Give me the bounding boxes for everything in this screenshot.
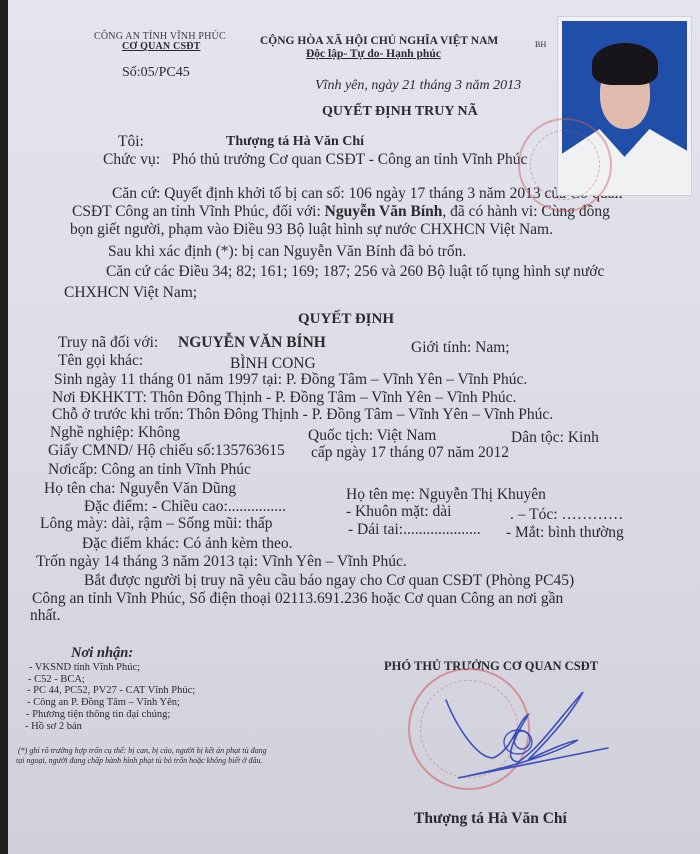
suspect-registered-address: Nơi ĐKHKTT: Thôn Đông Thịnh - P. Đồng Tâ… <box>52 389 516 407</box>
suspect-id-issued: cấp ngày 17 tháng 07 năm 2012 <box>311 444 509 462</box>
suspect-father: Họ tên cha: Nguyễn Văn Dũng <box>44 480 236 498</box>
recipient-item: - Công an P. Đồng Tâm – Vĩnh Yên; <box>25 697 195 709</box>
suspect-gender: Giới tính: Nam; <box>411 339 510 357</box>
request-line: nhất. <box>30 607 61 625</box>
recipient-item: - PC 44, PC52, PV27 - CAT Vĩnh Phúc; <box>25 685 195 697</box>
suspect-nationality: Quốc tịch: Việt Nam <box>308 427 436 445</box>
document-title: QUYẾT ĐỊNH TRUY NÃ <box>322 104 478 120</box>
alias-label: Tên gọi khác: <box>58 352 143 370</box>
nation-name: CỘNG HÒA XÃ HỘI CHỦ NGHĨA VIỆT NAM <box>260 35 498 47</box>
suspect-id-number: Giấy CMND/ Hộ chiếu số:135763615 <box>48 442 285 460</box>
suspect-other-features: Đặc điểm khác: Có ảnh kèm theo. <box>82 535 292 553</box>
preamble-line: CSĐT Công an tỉnh Vĩnh Phúc, đối với: Ng… <box>72 203 610 221</box>
recipients-heading: Nơi nhận: <box>71 645 133 662</box>
position-value: Phó thủ trưởng Cơ quan CSĐT - Công an tỉ… <box>172 151 527 169</box>
suspect-hair: . – Tóc: ………… <box>510 506 623 524</box>
recipients-list: - VKSND tỉnh Vĩnh Phúc; - C52 - BCA; - P… <box>25 662 195 732</box>
photo-seal <box>518 118 612 212</box>
decision-heading: QUYẾT ĐỊNH <box>298 311 394 328</box>
suspect-occupation: Nghề nghiệp: Không <box>50 424 180 442</box>
preamble-line: bọn giết người, phạm vào Điều 93 Bộ luật… <box>70 221 553 239</box>
signature-scribble <box>418 680 618 790</box>
suspect-id-place: Nơicấp: Công an tỉnh Vĩnh Phúc <box>48 461 251 479</box>
suspect-birth: Sinh ngày 11 tháng 01 năm 1997 tại: P. Đ… <box>54 371 527 389</box>
suspect-mother: Họ tên mẹ: Nguyễn Thị Khuyên <box>346 486 546 504</box>
preamble-text: CSĐT Công an tỉnh Vĩnh Phúc, đối với: <box>72 203 325 220</box>
request-line: Công an tỉnh Vĩnh Phúc, Số điện thoại 02… <box>32 590 563 608</box>
request-line: Bắt được người bị truy nã yêu cầu báo ng… <box>84 572 574 590</box>
agency-department: CƠ QUAN CSĐT <box>122 41 201 52</box>
suspect-eyebrows-nose: Lông mày: dài, rậm – Sống mũi: thấp <box>40 515 272 533</box>
suspect-escape: Trốn ngày 14 tháng 3 năm 2013 tại: Vĩnh … <box>36 553 407 571</box>
recipient-item: - Phương tiện thông tin đại chúng; <box>25 709 195 721</box>
suspect-height: Đặc điểm: - Chiều cao:............... <box>84 498 286 516</box>
recipient-item: - Hồ sơ 2 bản <box>25 721 195 733</box>
issuer-label: Tôi: <box>118 133 144 151</box>
footnote: tại ngoại, người đang chấp hành hình phạ… <box>16 756 262 765</box>
suspect-name: NGUYỄN VĂN BÍNH <box>178 334 326 352</box>
wanted-label: Truy nã đối với: <box>58 334 158 352</box>
suspect-ethnicity: Dân tộc: Kinh <box>511 429 599 447</box>
preamble-line: Sau khi xác định (*): bị can Nguyễn Văn … <box>108 243 466 261</box>
preamble-line: CHXHCN Việt Nam; <box>64 284 197 302</box>
footnote: (*) ghi rõ trường hợp trốn cụ thể: bị ca… <box>18 746 267 755</box>
suspect-eyes: - Mắt: bình thường <box>506 524 624 542</box>
preamble-line: Căn cứ các Điều 34; 82; 161; 169; 187; 2… <box>106 263 604 281</box>
issuer-name: Thượng tá Hà Văn Chí <box>226 134 364 150</box>
corner-mark: BH <box>535 40 547 49</box>
document-number: Số:05/PC45 <box>122 65 190 81</box>
recipient-item: - VKSND tỉnh Vĩnh Phúc; <box>25 662 195 674</box>
national-motto: Độc lập- Tự do- Hạnh phúc <box>306 48 441 60</box>
suspect-earlobe: - Dái tai:.................... <box>348 521 481 539</box>
wanted-notice-document: CÔNG AN TỈNH VĨNH PHÚC CƠ QUAN CSĐT Số:0… <box>8 0 700 854</box>
suspect-face: - Khuôn mặt: dài <box>346 503 451 521</box>
recipient-item: - C52 - BCA; <box>25 674 195 686</box>
position-label: Chức vụ: <box>103 151 160 169</box>
place-and-date: Vĩnh yên, ngày 21 tháng 3 năm 2013 <box>315 78 521 94</box>
suspect-name-inline: Nguyễn Văn Bính <box>325 203 443 220</box>
suspect-last-residence: Chỗ ở trước khi trốn: Thôn Đông Thịnh - … <box>52 406 553 424</box>
signatory-name: Thượng tá Hà Văn Chí <box>414 810 567 828</box>
